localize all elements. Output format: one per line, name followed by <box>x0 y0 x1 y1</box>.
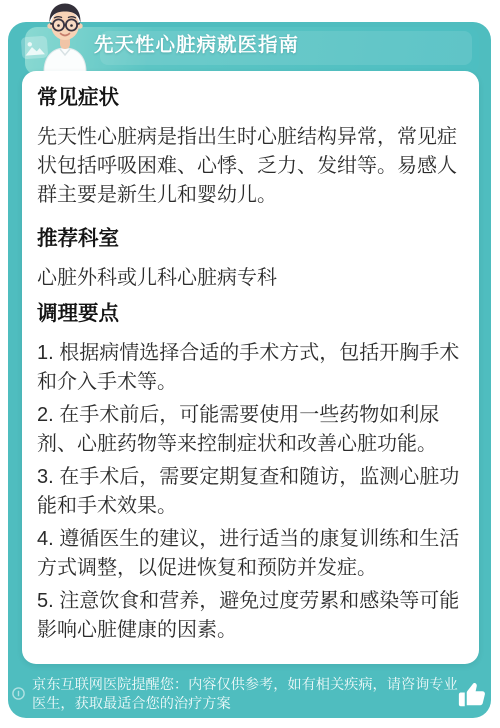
section-heading-department: 推荐科室 <box>37 226 463 252</box>
section-heading-symptoms: 常见症状 <box>37 85 463 111</box>
content-card: 常见症状 先天性心脏病是指出生时心脏结构异常，常见症状包括呼吸困难、心悸、乏力、… <box>22 71 479 664</box>
page-title: 先天性心脏病就医指南 <box>94 33 299 57</box>
doctor-avatar <box>34 2 96 72</box>
care-point-2: 2. 在手术前后，可能需要使用一些药物如利尿剂、心脏药物等来控制症状和改善心脏功… <box>37 401 463 459</box>
care-point-3: 3. 在手术后，需要定期复查和随访，监测心脏功能和手术效果。 <box>37 463 463 521</box>
section-heading-care-points: 调理要点 <box>37 301 463 327</box>
care-point-4: 4. 遵循医生的建议，进行适当的康复训练和生活方式调整，以促进恢复和预防并发症。 <box>37 525 463 583</box>
thumbs-up-icon <box>457 698 487 713</box>
care-point-5: 5. 注意饮食和营养，避免过度劳累和感染等可能影响心脏健康的因素。 <box>37 587 463 645</box>
thumbs-up-button[interactable] <box>456 680 488 712</box>
symptoms-text: 先天性心脏病是指出生时心脏结构异常，常见症状包括呼吸困难、心悸、乏力、发绀等。易… <box>37 123 463 210</box>
care-point-1: 1. 根据病情选择合适的手术方式，包括开胸手术和介入手术等。 <box>37 339 463 397</box>
department-text: 心脏外科或儿科心脏病专科 <box>37 264 463 293</box>
info-icon <box>12 687 25 700</box>
disclaimer-text: 京东互联网医院提醒您：内容仅供参考，如有相关疾病，请咨询专业医生，获取最适合您的… <box>32 676 462 714</box>
footer-bar: 京东互联网医院提醒您：内容仅供参考，如有相关疾病，请咨询专业医生，获取最适合您的… <box>0 672 500 718</box>
